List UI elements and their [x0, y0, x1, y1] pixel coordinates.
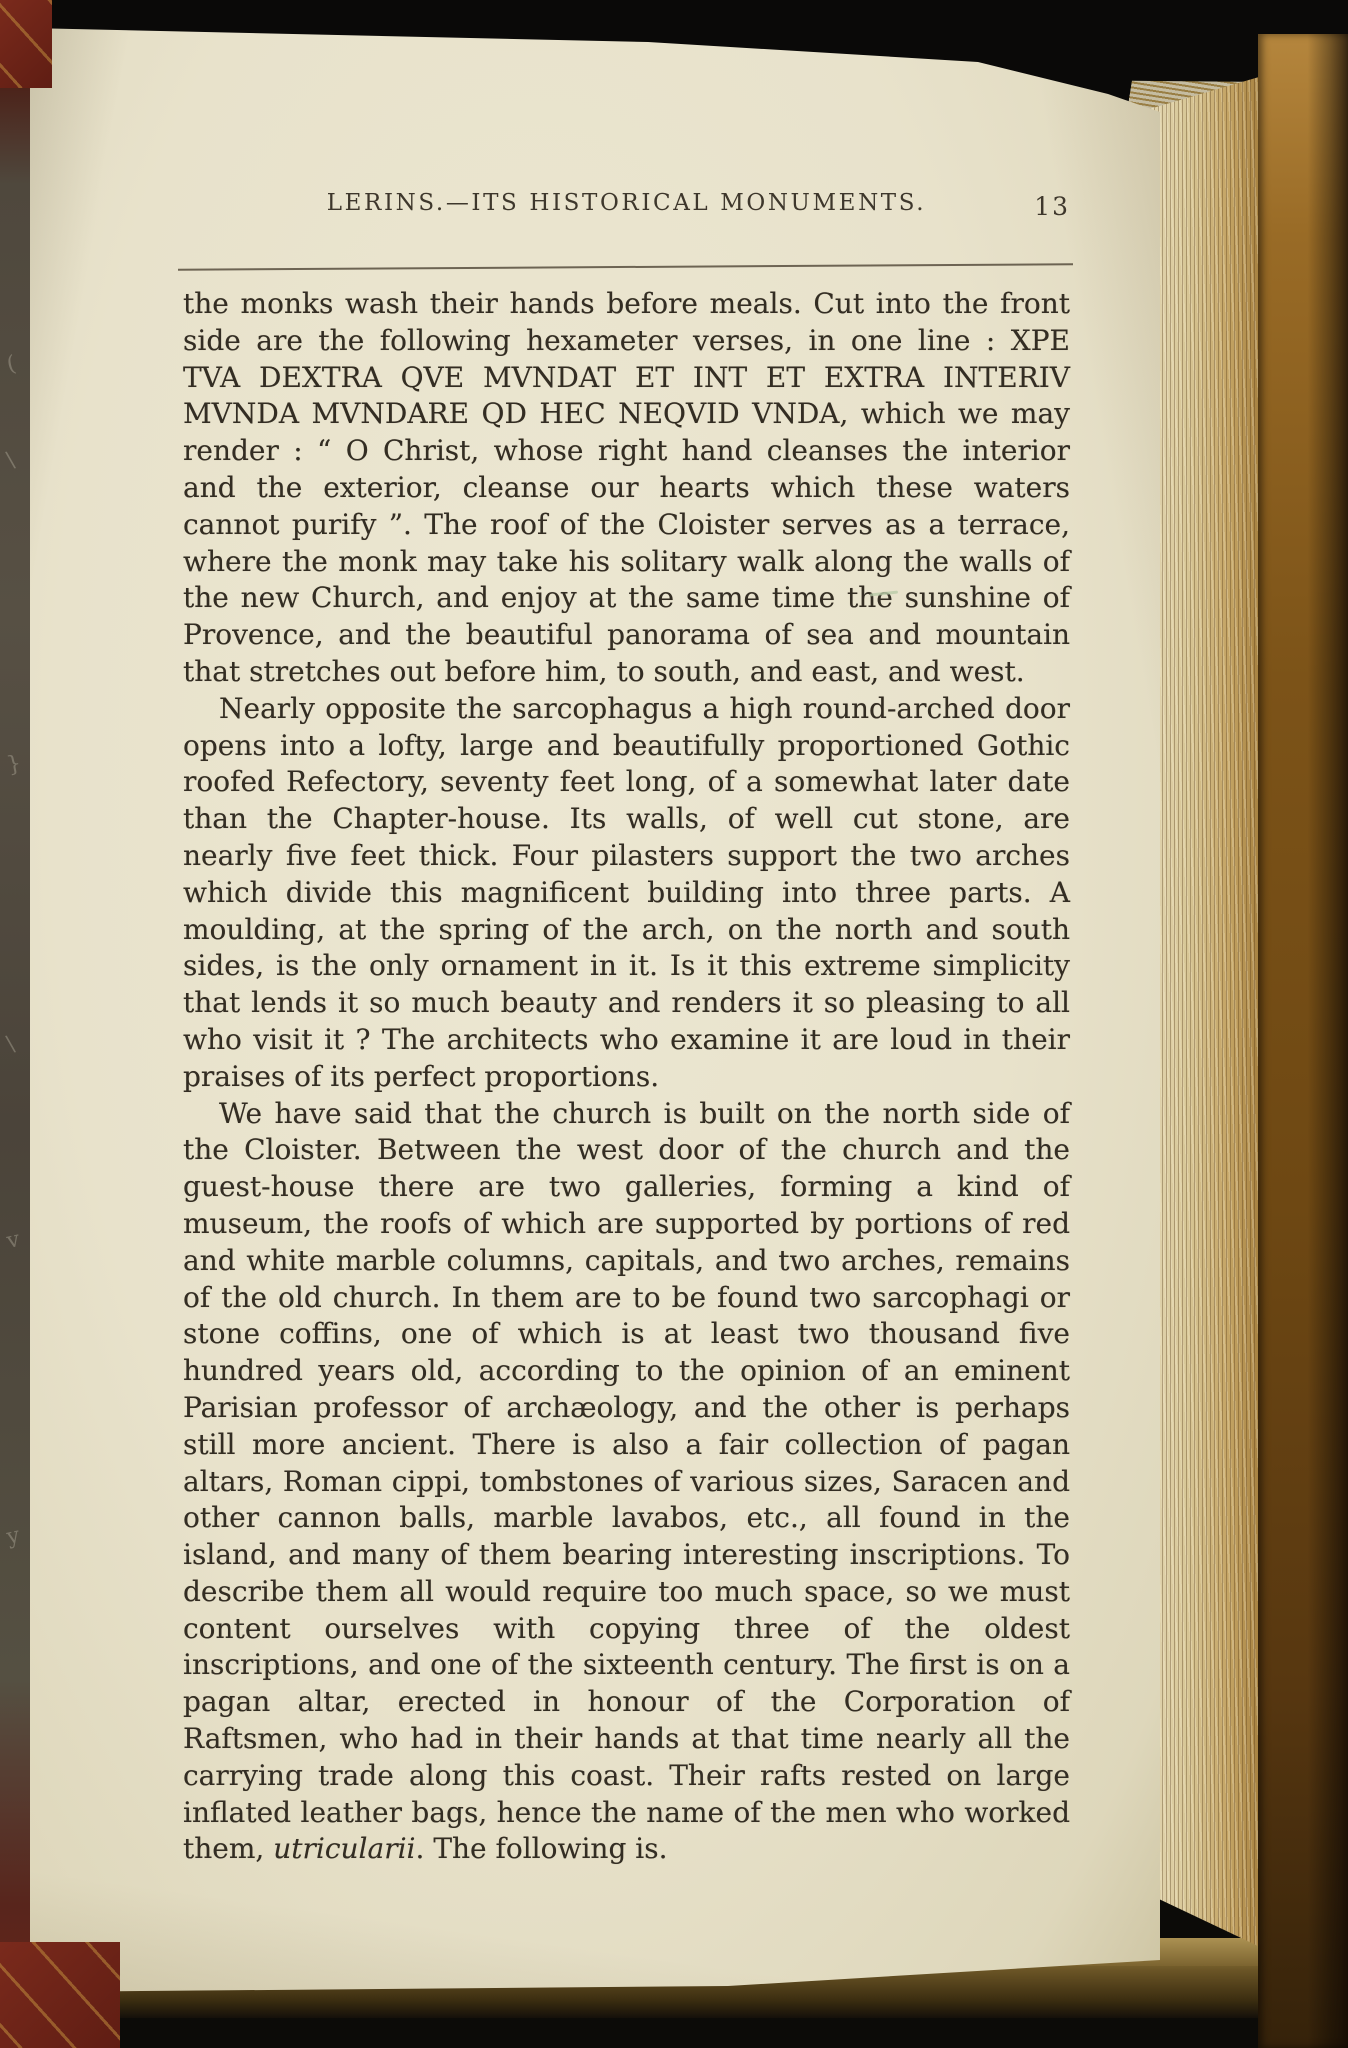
book-cover-right: [1258, 34, 1348, 2048]
header-rule: [178, 263, 1073, 270]
text-run: Nearly opposite the sarcophagus a high r…: [183, 692, 1070, 1093]
page-number: 13: [183, 192, 1070, 221]
italic-text: utricularii: [273, 1832, 415, 1865]
text-run: the monks wash their hands before meals.…: [183, 287, 1070, 688]
book-page: LERINS.—ITS HISTORICAL MONUMENTS. 13 the…: [28, 20, 1160, 1998]
body-text: the monks wash their hands before meals.…: [183, 286, 1070, 1868]
margin-mark: v: [5, 1227, 22, 1254]
paragraph: Nearly opposite the sarcophagus a high r…: [183, 691, 1070, 1096]
margin-marks: (\}\vy: [0, 0, 30, 2048]
margin-mark: (: [4, 351, 18, 377]
paragraph: We have said that the church is built on…: [183, 1096, 1070, 1869]
paragraph: the monks wash their hands before meals.…: [183, 286, 1070, 691]
margin-mark: y: [5, 1523, 22, 1550]
margin-mark: }: [5, 751, 24, 778]
text-run: We have said that the church is built on…: [183, 1097, 1070, 1866]
margin-mark: \: [4, 1032, 16, 1058]
text-run: . The following is.: [416, 1832, 668, 1865]
margin-mark: \: [4, 448, 16, 474]
book-photo: LERINS.—ITS HISTORICAL MONUMENTS. 13 the…: [0, 0, 1348, 2048]
